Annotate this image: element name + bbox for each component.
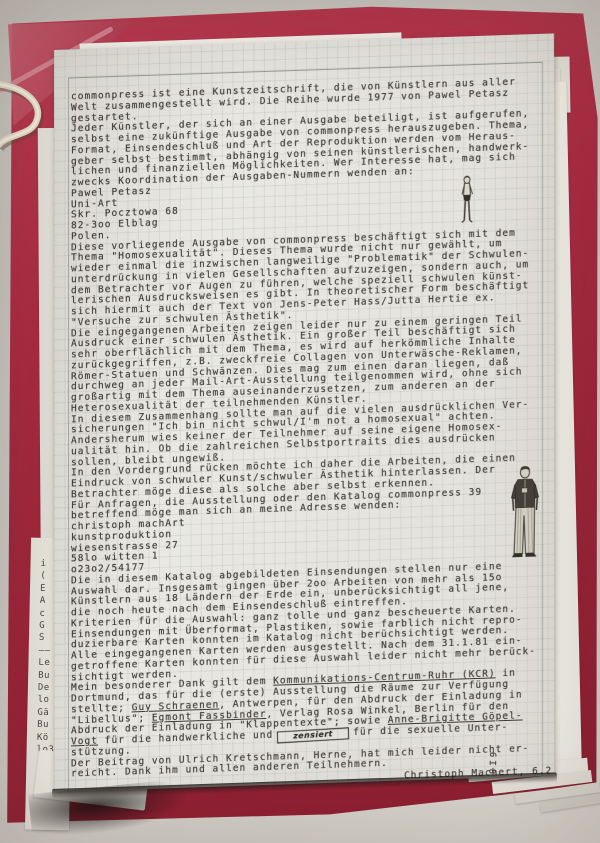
- photo-scene: i(EAcGS––LeBuDeloGäBuKölo3 2 commonpress…: [0, 0, 600, 843]
- typed-page: commonpress ist eine Kunstzeitschrift, d…: [54, 33, 554, 792]
- typed-segment: 82-3oo Elblag: [71, 218, 159, 232]
- small-figure-sketch: [457, 174, 477, 227]
- rotated-edge-text: 6I8: [486, 752, 497, 778]
- large-figure-sketch: [504, 464, 546, 563]
- typed-segment: in: [496, 668, 516, 680]
